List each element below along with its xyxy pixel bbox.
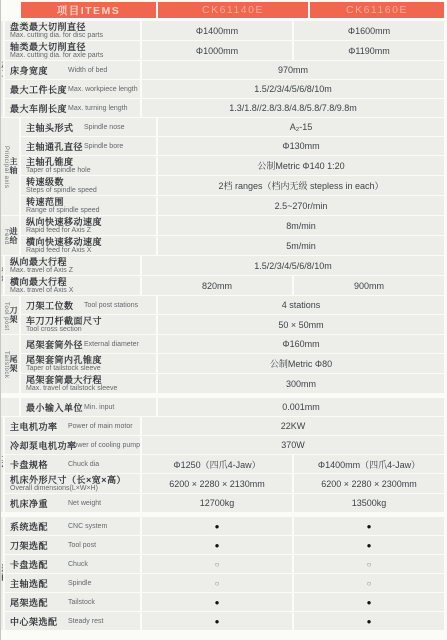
row-label-en: Net weight (68, 500, 101, 507)
spec-row: 刀架选配Tool post●● (5, 536, 444, 554)
row-value-shared: Φ160mm (158, 335, 444, 353)
row-label-cn: 最大车削长度 (10, 102, 68, 115)
row-label-en: Range of spindle speed (26, 207, 156, 215)
row-value-shared: 1.5/2/3/4/5/6/8/10m (142, 80, 444, 98)
section-rows: 主电机功率Power of main motor22KW冷却泵电机功率Power… (5, 417, 444, 513)
section-other: 其它Other主电机功率Power of main motor22KW冷却泵电机… (1, 417, 444, 513)
section-rows: 纵向快速移动速度Rapid feed for Axis Z8m/min横向快速移… (21, 216, 444, 256)
row-label-cn: 横向快速移动速度 (26, 237, 156, 247)
row-value-ck61160e: ● (294, 612, 444, 630)
row-label-en: Max. travel of Axis Z (10, 267, 140, 275)
spec-row: 刀架工位数Tool post stations4 stations (21, 296, 444, 314)
row-label-en: Chuck (68, 561, 88, 568)
row-label: 最大工件长度Max. workpiece length (5, 80, 140, 98)
spec-row: 卡盘规格Chuck diaΦ1250（四爪4-Jaw）Φ1400mm（四爪4-J… (5, 455, 444, 473)
sidebar-group-label-cn: 进给 (9, 227, 17, 245)
row-label-en: Max. workpiece length (68, 86, 138, 93)
section-tailstock: 尾架Tailstock尾架套筒外径External diameterΦ160mm… (1, 335, 444, 394)
row-label-cn: 机床净重 (10, 497, 68, 510)
row-value-ck61140e: Φ1250（四爪4-Jaw） (142, 455, 292, 473)
sidebar-group-label-cn: 尾架 (9, 355, 17, 373)
row-value-shared: 300mm (158, 374, 444, 393)
row-label: 转速范围Range of spindle speed (21, 196, 156, 215)
row-value-shared: 2.5~270r/min (158, 196, 444, 215)
row-label-cn: 尾架套筒外径 (26, 338, 84, 351)
row-label-cn: 冷却泵电机功率 (10, 439, 69, 452)
sidebar-group-label: 尾架Tailstock (3, 349, 17, 379)
row-label: 卡盘选配Chuck (5, 555, 140, 573)
row-label-cn: 刀架工位数 (26, 299, 84, 312)
row-label: 尾架套筒外径External diameter (21, 335, 156, 353)
row-label-en: Max. cutting dia. for axle parts (10, 52, 140, 60)
section-misc: 最小输入单位Min. input0.001mm (1, 398, 444, 417)
row-label-cn: 尾架套筒内孔锥度 (26, 355, 156, 365)
row-label-en: Min. input (84, 404, 114, 411)
spec-row: 横向快速移动速度Rapid feed for Axis X5m/min (21, 236, 444, 255)
row-value-shared: 970mm (142, 61, 444, 79)
row-label-cn: 纵向最大行程 (10, 257, 140, 267)
spec-row: 卡盘选配Chuck○○ (5, 555, 444, 573)
row-label-cn: 尾架套筒最大行程 (26, 375, 156, 385)
row-label: 卡盘规格Chuck dia (5, 455, 140, 473)
row-label-cn: 最大工件长度 (10, 83, 68, 96)
row-value-ck61160e: ○ (294, 574, 444, 592)
row-label: 主电机功率Power of main motor (5, 417, 140, 435)
spec-row: 尾架套筒外径External diameterΦ160mm (21, 335, 444, 353)
spec-row: 床身宽度Width of bed970mm (5, 61, 444, 79)
row-value-ck61140e: ● (142, 517, 292, 535)
row-value-shared: 1.3/1.8//2.8/3.8/4.8/5.8/7.8/9.8m (142, 99, 444, 117)
row-label-en: Chuck dia (68, 461, 99, 468)
spec-row: 尾架套筒内孔锥度Taper of tailstock sleeve公制Metri… (21, 354, 444, 373)
row-label-en: Width of bed (68, 67, 107, 74)
row-value-ck61160e: 900mm (294, 276, 444, 295)
row-value-ck61140e: Φ1000mm (142, 41, 292, 60)
sidebar-group-optional: 选配Optional (1, 517, 3, 630)
row-label-cn: 最小输入单位 (26, 401, 84, 414)
row-value-ck61160e: Φ1600mm (294, 21, 444, 40)
row-label-cn: 主轴通孔直径 (26, 140, 84, 153)
header-model-ck61160e: CK61160E (310, 2, 444, 18)
header-items-cell: 项目ITEMS (21, 2, 156, 18)
row-value-shared: 5m/min (158, 236, 444, 255)
sidebar-group-label-en: Principal axis (3, 146, 9, 188)
row-label-en: Spindle (68, 580, 91, 587)
sidebar-group-label-cn: 刀架 (9, 306, 17, 324)
row-value-ck61160e: 6200 × 2280 × 2300mm (294, 474, 444, 493)
row-value-ck61140e: ○ (142, 555, 292, 573)
row-value-shared: 公制Metric Φ80 (158, 354, 444, 373)
table-header: 项目ITEMS CK61140E CK61160E (21, 2, 444, 18)
row-label-en: Spindle bore (84, 143, 123, 150)
row-label-en: CNC system (68, 523, 107, 530)
row-label-cn: 轴类最大切削直径 (10, 42, 140, 52)
sidebar-group-travel: 行程Travel (1, 256, 3, 295)
row-label: 横向快速移动速度Rapid feed for Axis X (21, 236, 156, 255)
row-label-en: Rapid feed for Axis Z (26, 227, 156, 235)
section-rows: 主轴头形式Spindle noseA₂-15主轴通孔直径Spindle bore… (21, 118, 444, 216)
row-value-ck61140e: ● (142, 536, 292, 554)
row-label-cn: 卡盘规格 (10, 458, 68, 471)
row-label-cn: 主轴孔锥度 (26, 157, 156, 167)
spec-sheet-page: 项目ITEMS CK61140E CK61160E 加工Machining盘类最… (0, 0, 447, 640)
row-label-en: Tailstock (68, 599, 95, 606)
sidebar-group-label-cn: 加工 (1, 60, 3, 78)
sidebar-group-label-en: Tool post (3, 302, 9, 331)
row-label: 纵向最大行程Max. travel of Axis Z (5, 256, 140, 275)
row-value-shared: 1.5/2/3/4/5/6/8/10m (142, 256, 444, 275)
row-label-cn: 主电机功率 (10, 420, 68, 433)
row-value-shared: 22KW (142, 417, 444, 435)
section-optional: 选配Optional系统选配CNC system●●刀架选配Tool post●… (1, 517, 444, 631)
row-label: 转速级数Steps of spindle speed (21, 176, 156, 195)
row-label: 主轴选配Spindle (5, 574, 140, 592)
row-label-en: Tool post (68, 542, 96, 549)
row-label-en: Steps of spindle speed (26, 187, 156, 195)
row-label-en: Max. travel of tailstock sleeve (26, 385, 156, 393)
sidebar-group-feed: 进给Feed (1, 216, 19, 255)
row-label: 系统选配CNC system (5, 517, 140, 535)
spec-row: 机床净重Net weight12700kg13500kg (5, 494, 444, 512)
row-label-cn: 系统选配 (10, 520, 68, 533)
row-label-en: Spindle nose (84, 124, 124, 131)
sidebar-group-other: 其它Other (1, 417, 3, 512)
row-label-cn: 中心架选配 (10, 615, 68, 628)
sidebar-group-label: 主轴Principal axis (3, 144, 17, 188)
spec-row: 尾架套筒最大行程Max. travel of tailstock sleeve3… (21, 374, 444, 393)
sidebar-group-label: 行程Travel (1, 265, 3, 286)
row-label-cn: 主轴头形式 (26, 121, 84, 134)
row-value-ck61140e: 820mm (142, 276, 292, 295)
row-label-en: Power of main motor (68, 423, 133, 430)
section-travel: 行程Travel纵向最大行程Max. travel of Axis Z1.5/2… (1, 256, 444, 296)
row-label-en: Steady rest (68, 618, 103, 625)
row-label-en: Taper of tailstock sleeve (26, 365, 156, 373)
spec-row: 横向最大行程Max. travel of Axis X820mm900mm (5, 276, 444, 295)
row-label: 冷却泵电机功率Power of cooling pump (5, 436, 140, 454)
row-value-shared: 公制Metric Φ140 1:20 (158, 156, 444, 175)
spec-row: 盘类最大切削直径Max. cutting dia. for disc parts… (5, 21, 444, 40)
sidebar-group-label: 进给Feed (3, 227, 17, 245)
row-label: 床身宽度Width of bed (5, 61, 140, 79)
row-label: 尾架选配Tailstock (5, 593, 140, 611)
row-label-cn: 主轴选配 (10, 577, 68, 590)
row-label-cn: 机床外形尺寸（长×宽×高） (10, 475, 140, 485)
row-value-shared: 370W (142, 436, 444, 454)
row-label-cn: 横向最大行程 (10, 277, 140, 287)
row-value-ck61140e: 12700kg (142, 494, 292, 512)
sidebar-group-label-en: Tailstock (3, 351, 9, 379)
section-machining: 加工Machining盘类最大切削直径Max. cutting dia. for… (1, 21, 444, 118)
row-value-shared: 8m/min (158, 216, 444, 235)
row-label-en: Max. cutting dia. for disc parts (10, 32, 140, 40)
sidebar-group-label-cn: 主轴 (9, 157, 17, 175)
row-label: 横向最大行程Max. travel of Axis X (5, 276, 140, 295)
section-rows: 最小输入单位Min. input0.001mm (21, 398, 444, 417)
row-label: 最小输入单位Min. input (21, 398, 156, 416)
section-rows: 尾架套筒外径External diameterΦ160mm尾架套筒内孔锥度Tap… (21, 335, 444, 394)
sidebar-group-tailstock: 尾架Tailstock (1, 335, 19, 393)
row-label: 盘类最大切削直径Max. cutting dia. for disc parts (5, 21, 140, 40)
row-label-en: Rapid feed for Axis X (26, 247, 156, 255)
row-label-cn: 刀架选配 (10, 539, 68, 552)
row-value-shared: 0.001mm (158, 398, 444, 416)
row-label: 车刀刀杆截面尺寸Tool cross section (21, 315, 156, 334)
spec-row: 主电机功率Power of main motor22KW (5, 417, 444, 435)
spec-row: 最大工件长度Max. workpiece length1.5/2/3/4/5/6… (5, 80, 444, 98)
sidebar-group-label-cn: 选配 (1, 564, 3, 582)
row-label-cn: 纵向快速移动速度 (26, 217, 156, 227)
spec-row: 转速级数Steps of spindle speed2档 ranges（档内无级… (21, 176, 444, 195)
row-label: 主轴头形式Spindle nose (21, 118, 156, 136)
sidebar-group-label-cn: 行程 (1, 266, 3, 284)
header-model-ck61140e: CK61140E (158, 2, 308, 18)
row-label-en: Tool post stations (84, 302, 138, 309)
section-rows: 系统选配CNC system●●刀架选配Tool post●●卡盘选配Chuck… (5, 517, 444, 631)
spec-row: 主轴通孔直径Spindle boreΦ130mm (21, 137, 444, 155)
spec-row: 中心架选配Steady rest●● (5, 612, 444, 630)
sidebar-group-misc (1, 398, 19, 416)
row-label-en: External diameter (84, 341, 139, 348)
row-value-ck61140e: ● (142, 593, 292, 611)
spec-row: 主轴孔锥度Taper of spindle hole公制Metric Φ140 … (21, 156, 444, 175)
row-label-cn: 车刀刀杆截面尺寸 (26, 316, 156, 326)
row-value-ck61160e: Φ1190mm (294, 41, 444, 60)
sidebar-group-label: 选配Optional (1, 559, 3, 587)
sidebar-group-label: 加工Machining (1, 52, 3, 86)
row-label-cn: 卡盘选配 (10, 558, 68, 571)
row-label: 尾架套筒最大行程Max. travel of tailstock sleeve (21, 374, 156, 393)
sidebar-group-label-cn: 其它 (1, 455, 3, 473)
row-label-cn: 转速级数 (26, 177, 156, 187)
row-value-ck61160e: ● (294, 517, 444, 535)
section-tool-post: 刀架Tool post刀架工位数Tool post stations4 stat… (1, 296, 444, 335)
row-label: 机床净重Net weight (5, 494, 140, 512)
spec-row: 机床外形尺寸（长×宽×高）Overall dimensions(L×W×H)62… (5, 474, 444, 493)
sidebar-group-principal-axis: 主轴Principal axis (1, 118, 19, 215)
row-value-ck61140e: ● (142, 612, 292, 630)
row-label: 纵向快速移动速度Rapid feed for Axis Z (21, 216, 156, 235)
spec-row: 转速范围Range of spindle speed2.5~270r/min (21, 196, 444, 215)
row-label: 主轴通孔直径Spindle bore (21, 137, 156, 155)
row-value-shared: 4 stations (158, 296, 444, 314)
row-value-ck61160e: ● (294, 536, 444, 554)
spec-row: 轴类最大切削直径Max. cutting dia. for axle parts… (5, 41, 444, 60)
row-label: 轴类最大切削直径Max. cutting dia. for axle parts (5, 41, 140, 60)
sidebar-group-label-en: Feed (3, 229, 9, 245)
row-label-cn: 转速范围 (26, 197, 156, 207)
section-rows: 纵向最大行程Max. travel of Axis Z1.5/2/3/4/5/6… (5, 256, 444, 296)
sidebar-group-label: 刀架Tool post (3, 300, 17, 331)
row-label-cn: 盘类最大切削直径 (10, 22, 140, 32)
row-label-en: Taper of spindle hole (26, 167, 156, 175)
row-label-en: Tool cross section (26, 326, 156, 334)
spec-row: 尾架选配Tailstock●● (5, 593, 444, 611)
spec-row: 纵向最大行程Max. travel of Axis Z1.5/2/3/4/5/6… (5, 256, 444, 275)
row-value-ck61160e: Φ1400mm（四爪4-Jaw） (294, 455, 444, 473)
spec-row: 系统选配CNC system●● (5, 517, 444, 535)
row-label: 中心架选配Steady rest (5, 612, 140, 630)
row-label: 尾架套筒内孔锥度Taper of tailstock sleeve (21, 354, 156, 373)
row-value-ck61160e: ● (294, 593, 444, 611)
sidebar-group-tool-post: 刀架Tool post (1, 296, 19, 334)
spec-row: 最大车削长度Max. turning length1.3/1.8//2.8/3.… (5, 99, 444, 117)
row-label: 刀架工位数Tool post stations (21, 296, 156, 314)
row-label: 最大车削长度Max. turning length (5, 99, 140, 117)
row-label: 机床外形尺寸（长×宽×高）Overall dimensions(L×W×H) (5, 474, 140, 493)
row-value-ck61140e: ○ (142, 574, 292, 592)
section-principal-axis: 主轴Principal axis主轴头形式Spindle noseA₂-15主轴… (1, 118, 444, 216)
row-label-en: Max. turning length (68, 105, 128, 112)
section-rows: 盘类最大切削直径Max. cutting dia. for disc parts… (5, 21, 444, 118)
row-value-shared: Φ130mm (158, 137, 444, 155)
row-value-ck61140e: 6200 × 2280 × 2130mm (142, 474, 292, 493)
row-label-en: Power of cooling pump (69, 442, 140, 449)
spec-row: 最小输入单位Min. input0.001mm (21, 398, 444, 416)
spec-row: 主轴选配Spindle○○ (5, 574, 444, 592)
row-label-en: Overall dimensions(L×W×H) (10, 485, 140, 493)
row-label-cn: 尾架选配 (10, 596, 68, 609)
sidebar-group-label: 其它Other (1, 455, 3, 475)
row-value-shared: 2档 ranges（档内无级 stepless in each） (158, 176, 444, 195)
row-value-shared: 50 × 50mm (158, 315, 444, 334)
row-label: 主轴孔锥度Taper of spindle hole (21, 156, 156, 175)
sidebar-group-machining: 加工Machining (1, 21, 3, 117)
row-value-ck61160e: 13500kg (294, 494, 444, 512)
section-rows: 刀架工位数Tool post stations4 stations车刀刀杆截面尺… (21, 296, 444, 335)
row-label-en: Max. travel of Axis X (10, 287, 140, 295)
row-label: 刀架选配Tool post (5, 536, 140, 554)
row-label-cn: 床身宽度 (10, 64, 68, 77)
row-value-ck61140e: Φ1400mm (142, 21, 292, 40)
row-value-ck61160e: ○ (294, 555, 444, 573)
spec-row: 车刀刀杆截面尺寸Tool cross section50 × 50mm (21, 315, 444, 334)
spec-row: 纵向快速移动速度Rapid feed for Axis Z8m/min (21, 216, 444, 235)
spec-table-body: 加工Machining盘类最大切削直径Max. cutting dia. for… (1, 21, 447, 631)
section-feed: 进给Feed纵向快速移动速度Rapid feed for Axis Z8m/mi… (1, 216, 444, 256)
spec-row: 主轴头形式Spindle noseA₂-15 (21, 118, 444, 136)
row-value-shared: A₂-15 (158, 118, 444, 136)
spec-row: 冷却泵电机功率Power of cooling pump370W (5, 436, 444, 454)
